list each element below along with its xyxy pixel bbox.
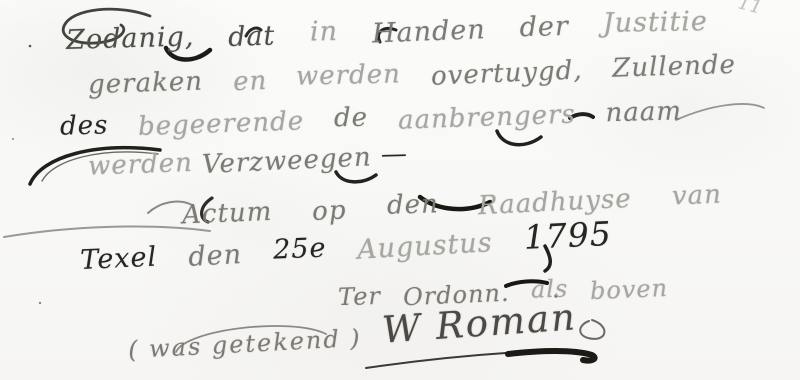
word-place: Texel bbox=[80, 242, 158, 276]
word: Handen bbox=[371, 14, 486, 49]
word: Zodanig, bbox=[66, 21, 195, 56]
word: overtuygd, bbox=[431, 55, 584, 91]
word: den bbox=[187, 239, 242, 273]
word: aanbrengers bbox=[398, 100, 577, 136]
word: op bbox=[312, 195, 348, 227]
word: begeerende bbox=[138, 106, 305, 142]
word: des bbox=[60, 110, 109, 141]
word: der bbox=[519, 11, 569, 43]
aanbrengers-crescent bbox=[497, 131, 541, 145]
naam-tail-flourish bbox=[676, 104, 764, 120]
word: den bbox=[386, 189, 439, 221]
word: boven bbox=[589, 274, 668, 305]
ink-speck bbox=[39, 302, 41, 304]
ink-speck bbox=[12, 138, 14, 140]
signature-underline-thick bbox=[508, 351, 595, 360]
word: naam bbox=[605, 96, 682, 128]
word: Actum bbox=[182, 197, 273, 230]
word: werden bbox=[296, 59, 402, 91]
word: geraken bbox=[88, 67, 204, 101]
word: werden bbox=[88, 148, 194, 182]
ink-speck bbox=[29, 45, 32, 48]
signature-underline-thin bbox=[366, 352, 520, 368]
word-day: 25e bbox=[272, 233, 326, 266]
word: Zullende bbox=[612, 50, 736, 84]
word: en bbox=[232, 66, 267, 97]
word: — bbox=[380, 139, 408, 170]
manuscript-page: 11 Zodanig, dat in Handen der Justitie g… bbox=[0, 0, 800, 380]
word: van bbox=[671, 180, 722, 212]
word-year: 1795 bbox=[523, 214, 613, 257]
word: dat bbox=[228, 20, 276, 53]
word: de bbox=[334, 103, 368, 134]
word: Justitie bbox=[603, 6, 709, 39]
word: in bbox=[309, 16, 338, 48]
word: Ter bbox=[338, 282, 382, 311]
signature-terminal-loop bbox=[580, 320, 604, 339]
